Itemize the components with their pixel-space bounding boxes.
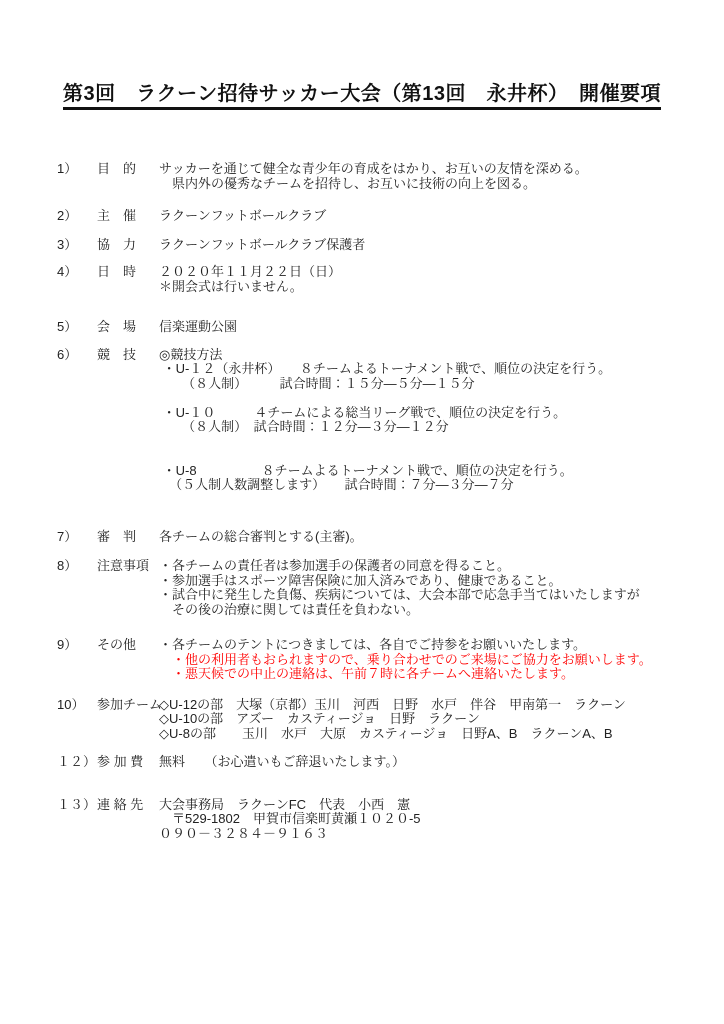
text-line: ２０２０年１１月２２日（日） xyxy=(159,265,694,280)
item-label: 連 絡 先 xyxy=(97,798,159,813)
item-content: ・各チームのテントにつきましては、各自でご持参をお願いいたします。 ・他の利用者… xyxy=(159,638,694,682)
item-6: 6）競 技◎競技方法 ・U-１２（永井杯） ８チームよるトーナメント戦で、順位の… xyxy=(57,348,694,493)
text-line: ・試合中に発生した負傷、疾病については、大会本部で応急手当てはいたしますが xyxy=(159,588,694,603)
text-line: ラクーンフットボールクラブ保護者 xyxy=(159,238,694,253)
item-content: ◇U-12の部 大塚（京都）玉川 河西 日野 水戸 伴谷 甲南第一 ラクーン◇U… xyxy=(159,698,694,742)
item-1: 1）目 的サッカーを通じて健全な青少年の育成をはかり、お互いの友情を深める。 県… xyxy=(57,162,694,191)
item-number: 10） xyxy=(57,698,97,713)
item-number: １３） xyxy=(57,798,97,813)
item-number: １２） xyxy=(57,755,97,770)
text-line: ・U-8 ８チームよるトーナメント戦で、順位の決定を行う。 xyxy=(159,464,694,479)
item-13: １３）連 絡 先大会事務局 ラクーンFC 代表 小西 憲 〒529-1802 甲… xyxy=(57,798,694,842)
text-line xyxy=(159,435,694,450)
item-content: ◎競技方法 ・U-１２（永井杯） ８チームよるトーナメント戦で、順位の決定を行う… xyxy=(159,348,694,493)
item-label: 競 技 xyxy=(97,348,159,363)
item-label: 注意事項 xyxy=(97,559,159,574)
item-content: 無料 （お心遣いもご辞退いたします。） xyxy=(159,755,694,770)
text-line xyxy=(159,391,694,406)
text-line: 〒529-1802 甲賀市信楽町黄瀬１０２０-5 xyxy=(159,812,694,827)
text-line: 県内外の優秀なチームを招待し、お互いに技術の向上を図る。 xyxy=(159,177,694,192)
document-page: 第3回 ラクーン招待サッカー大会（第13回 永井杯） 開催要項 1）目 的サッカ… xyxy=(0,0,724,1024)
text-line: ＊開会式は行いません。 xyxy=(159,280,694,295)
item-number: 8） xyxy=(57,559,97,574)
text-line: ◇U-12の部 大塚（京都）玉川 河西 日野 水戸 伴谷 甲南第一 ラクーン xyxy=(159,698,694,713)
item-content: 各チームの総合審判とする(主審)。 xyxy=(159,530,694,545)
item-4: 4）日 時２０２０年１１月２２日（日）＊開会式は行いません。 xyxy=(57,265,694,294)
text-line: ・参加選手はスポーツ障害保険に加入済みであり、健康であること。 xyxy=(159,574,694,589)
item-content: 信楽運動公園 xyxy=(159,320,694,335)
text-line: ０９０－３２８４－９１６３ xyxy=(159,827,694,842)
item-number: 5） xyxy=(57,320,97,335)
item-label: 協 力 xyxy=(97,238,159,253)
item-number: 4） xyxy=(57,265,97,280)
text-line: ・各チームの責任者は参加選手の保護者の同意を得ること。 xyxy=(159,559,694,574)
item-10: 10）参加チーム◇U-12の部 大塚（京都）玉川 河西 日野 水戸 伴谷 甲南第… xyxy=(57,698,694,742)
title-area: 第3回 ラクーン招待サッカー大会（第13回 永井杯） 開催要項 xyxy=(0,0,724,110)
item-number: 6） xyxy=(57,348,97,363)
item-label: 目 的 xyxy=(97,162,159,177)
item-label: 参加チーム xyxy=(97,698,159,713)
text-line: その後の治療に関しては責任を負わない。 xyxy=(159,603,694,618)
item-content: 大会事務局 ラクーンFC 代表 小西 憲 〒529-1802 甲賀市信楽町黄瀬１… xyxy=(159,798,694,842)
text-line: 大会事務局 ラクーンFC 代表 小西 憲 xyxy=(159,798,694,813)
text-line: （８人制） 試合時間：１２分―３分―１２分 xyxy=(159,420,694,435)
text-line: 各チームの総合審判とする(主審)。 xyxy=(159,530,694,545)
item-content: ラクーンフットボールクラブ保護者 xyxy=(159,238,694,253)
text-line: ◇U-8の部 玉川 水戸 大原 カスティージョ 日野A、B ラクーンA、B xyxy=(159,727,694,742)
text-line xyxy=(159,449,694,464)
item-label: 会 場 xyxy=(97,320,159,335)
item-content: ・各チームの責任者は参加選手の保護者の同意を得ること。・参加選手はスポーツ障害保… xyxy=(159,559,694,617)
document-title: 第3回 ラクーン招待サッカー大会（第13回 永井杯） 開催要項 xyxy=(63,82,661,110)
item-number: 7） xyxy=(57,530,97,545)
text-line-red: ・他の利用者もおられますので、乗り合わせでのご来場にご協力をお願いします。 xyxy=(159,653,694,668)
item-9: 9）その他・各チームのテントにつきましては、各自でご持参をお願いいたします。 ・… xyxy=(57,638,694,682)
text-line: ・U-１２（永井杯） ８チームよるトーナメント戦で、順位の決定を行う。 xyxy=(159,362,694,377)
item-label: 主 催 xyxy=(97,209,159,224)
item-number: 9） xyxy=(57,638,97,653)
item-12: １２）参 加 費無料 （お心遣いもご辞退いたします。） xyxy=(57,755,694,770)
item-8: 8）注意事項・各チームの責任者は参加選手の保護者の同意を得ること。・参加選手はス… xyxy=(57,559,694,617)
item-label: 参 加 費 xyxy=(97,755,159,770)
item-number: 2） xyxy=(57,209,97,224)
item-label: 日 時 xyxy=(97,265,159,280)
text-line: ・各チームのテントにつきましては、各自でご持参をお願いいたします。 xyxy=(159,638,694,653)
text-line: 信楽運動公園 xyxy=(159,320,694,335)
text-line-red: ・悪天候での中止の連絡は、午前７時に各チームへ連絡いたします。 xyxy=(159,667,694,682)
text-line: ラクーンフットボールクラブ xyxy=(159,209,694,224)
item-content: ラクーンフットボールクラブ xyxy=(159,209,694,224)
item-number: 1） xyxy=(57,162,97,177)
text-line: 無料 （お心遣いもご辞退いたします。） xyxy=(159,755,694,770)
text-line: サッカーを通じて健全な青少年の育成をはかり、お互いの友情を深める。 xyxy=(159,162,694,177)
text-line: （５人制人数調整します） 試合時間：７分―３分―７分 xyxy=(159,478,694,493)
text-line: ◇U-10の部 アズー カスティージョ 日野 ラクーン xyxy=(159,712,694,727)
item-label: 審 判 xyxy=(97,530,159,545)
item-content: ２０２０年１１月２２日（日）＊開会式は行いません。 xyxy=(159,265,694,294)
item-label: その他 xyxy=(97,638,159,653)
text-line: ◎競技方法 xyxy=(159,348,694,363)
items-container: 1）目 的サッカーを通じて健全な青少年の育成をはかり、お互いの友情を深める。 県… xyxy=(0,162,724,841)
item-3: 3）協 力ラクーンフットボールクラブ保護者 xyxy=(57,238,694,253)
text-line: ・U-１０ ４チームによる総当リーグ戦で、順位の決定を行う。 xyxy=(159,406,694,421)
text-line: （８人制） 試合時間：１５分―５分―１５分 xyxy=(159,377,694,392)
item-7: 7）審 判各チームの総合審判とする(主審)。 xyxy=(57,530,694,545)
item-5: 5）会 場信楽運動公園 xyxy=(57,320,694,335)
item-content: サッカーを通じて健全な青少年の育成をはかり、お互いの友情を深める。 県内外の優秀… xyxy=(159,162,694,191)
item-number: 3） xyxy=(57,238,97,253)
item-2: 2）主 催ラクーンフットボールクラブ xyxy=(57,209,694,224)
